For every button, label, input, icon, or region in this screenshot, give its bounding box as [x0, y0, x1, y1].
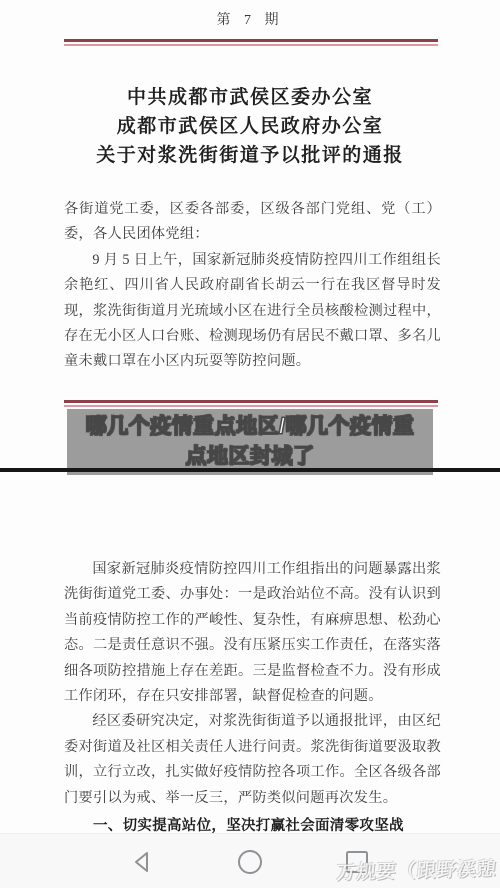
- decision-paragraph: 经区委研究决定，对浆洗街街道予以通报批评，由区纪委对街道及社区相关责任人进行问责…: [64, 709, 441, 811]
- inspection-paragraph: 9 月 5 日上午，国家新冠肺炎疫情防控四川工作组组长余艳红、四川省人民政府副省…: [64, 248, 441, 375]
- headline-line-1: 哪几个疫情重点地区/哪几个疫情重: [67, 412, 433, 442]
- document-body-lower: 国家新冠肺炎疫情防控四川工作组指出的问题暴露出浆洗街街道党工委、办事处：一是政治…: [64, 557, 441, 835]
- title-line-2: 成都市武侯区人民政府办公室: [0, 112, 500, 141]
- back-icon[interactable]: [130, 849, 156, 875]
- document-body-upper: 各街道党工委，区委各部委，区级各部门党组、党（工）委，各人民团体党组： 9 月 …: [64, 197, 441, 392]
- headline-overlay-banner: 哪几个疫情重点地区/哪几个疫情重 点地区封城了: [67, 409, 433, 475]
- double-red-rule-middle: [64, 400, 438, 407]
- title-line-1: 中共成都市武侯区委办公室: [0, 83, 500, 112]
- document-title: 中共成都市武侯区委办公室 成都市武侯区人民政府办公室 关于对浆洗街街道予以批评的…: [0, 83, 500, 170]
- section-heading: 一、切实提高站位，坚决打赢社会面清零攻坚战: [64, 814, 441, 835]
- title-line-3: 关于对浆洗街街道予以批评的通报: [0, 141, 500, 170]
- double-red-rule-top: [64, 39, 438, 46]
- watermark-text: 万规要（跟野溪憩: [336, 854, 499, 885]
- phone-screenshot: 第 7 期 中共成都市武侯区委办公室 成都市武侯区人民政府办公室 关于对浆洗街街…: [0, 0, 500, 888]
- recipients-paragraph: 各街道党工委，区委各部委，区级各部门党组、党（工）委，各人民团体党组：: [64, 197, 441, 248]
- black-divider-line: [0, 468, 500, 472]
- issue-number: 第 7 期: [0, 9, 500, 29]
- problems-paragraph: 国家新冠肺炎疫情防控四川工作组指出的问题暴露出浆洗街街道党工委、办事处：一是政治…: [64, 557, 441, 709]
- home-icon[interactable]: [237, 849, 263, 875]
